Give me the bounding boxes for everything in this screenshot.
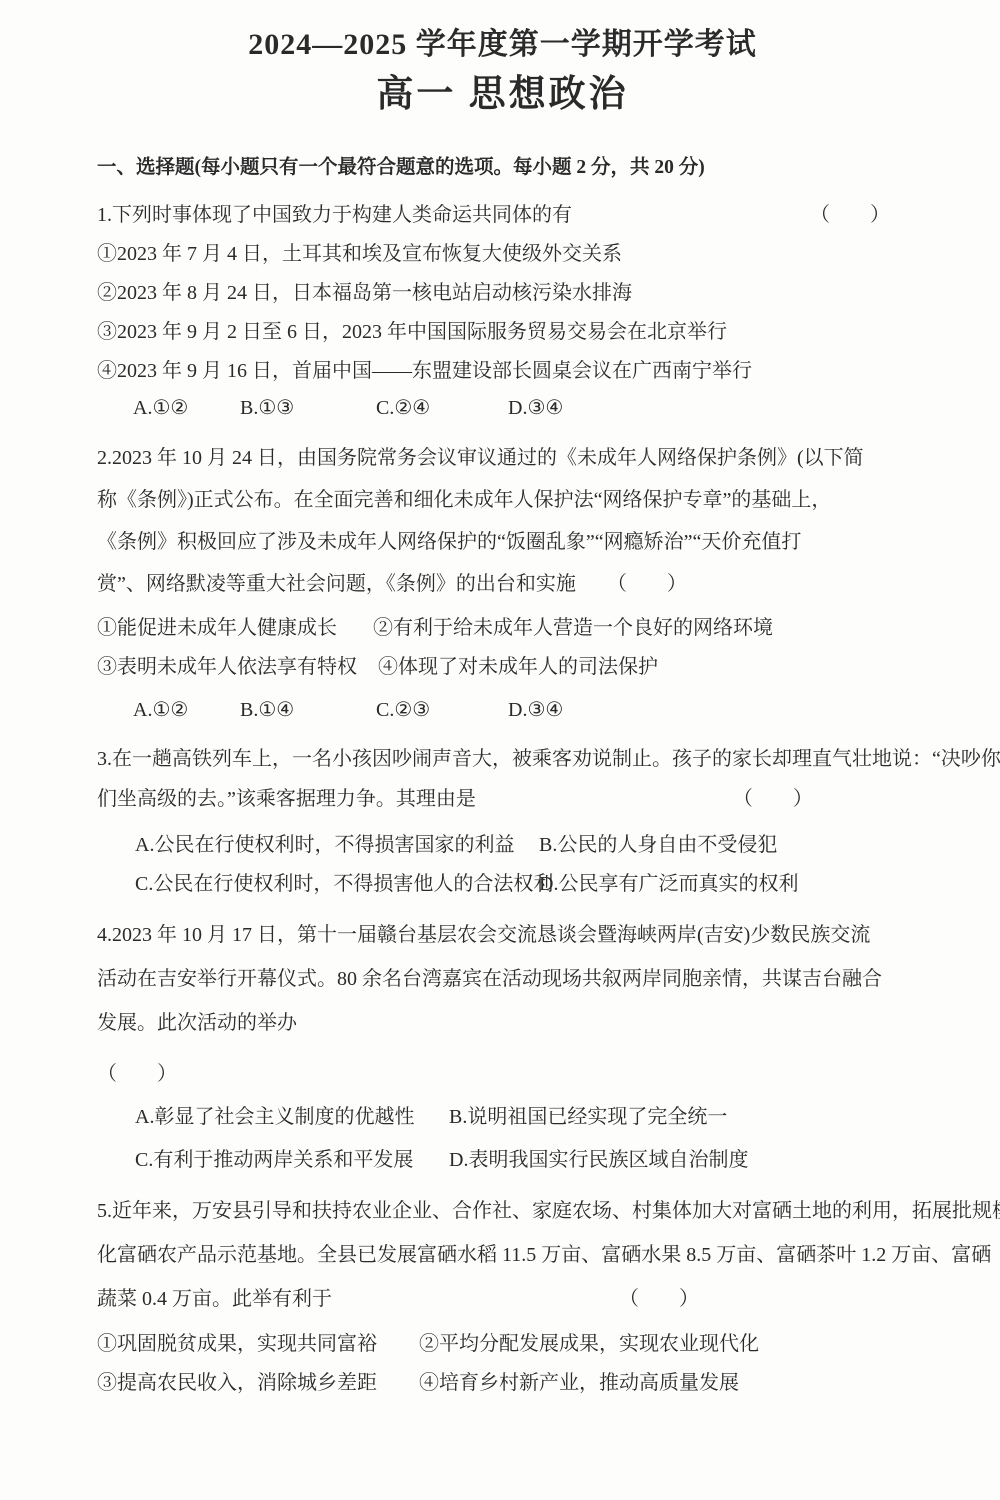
question-4-option-row: A.彰显了社会主义制度的优越性 B.说明祖国已经实现了完全统一 xyxy=(97,1105,908,1130)
answer-blank: （ ） xyxy=(619,1288,699,1310)
stem-line-text: 们坐高级的去。”该乘客据理力争。其理由是 xyxy=(97,788,476,810)
option-b: B.公民的人身自由不受侵犯 xyxy=(539,833,777,858)
sub-item: ④体现了对未成年人的司法保护 xyxy=(378,655,658,680)
question-2-stem: 2.2023 年 10 月 24 日，由国务院常务会议审议通过的《未成年人网络保… xyxy=(97,437,908,605)
option-d: D.③④ xyxy=(508,698,563,723)
question-1-stem: 1.下列时事体现了中国致力于构建人类命运共同体的有 xyxy=(97,202,572,228)
question-3-option-row: C.公民在行使权利时，不得损害他人的合法权利 D.公民享有广泛而真实的权利 xyxy=(97,872,908,897)
question-5-item-row: ①巩固脱贫成果，实现共同富裕 ②平均分配发展成果，实现农业现代化 xyxy=(97,1332,908,1357)
question-1-options: A.①② B.①③ C.②④ D.③④ xyxy=(133,396,908,421)
question-3-option-row: A.公民在行使权利时，不得损害国家的利益 B.公民的人身自由不受侵犯 xyxy=(97,833,908,858)
option-d: D.公民享有广泛而真实的权利 xyxy=(539,872,798,897)
question-2: 2.2023 年 10 月 24 日，由国务院常务会议审议通过的《未成年人网络保… xyxy=(97,437,908,723)
question-3: 3.在一趟高铁列车上，一名小孩因吵闹声音大，被乘客劝说制止。孩子的家长却理直气壮… xyxy=(97,739,908,897)
sub-item: ③表明未成年人依法享有特权 xyxy=(97,655,378,680)
sub-item: ③提高农民收入，消除城乡差距 xyxy=(97,1371,419,1396)
sub-item: ①巩固脱贫成果，实现共同富裕 xyxy=(97,1332,419,1357)
stem-line: 赏”、网络默凌等重大社会问题，《条例》的出台和实施 （ ） xyxy=(97,563,908,605)
question-2-options: A.①② B.①④ C.②③ D.③④ xyxy=(133,698,908,723)
stem-line: 发展。此次活动的举办 xyxy=(97,1001,908,1045)
question-3-stem: 3.在一趟高铁列车上，一名小孩因吵闹声音大，被乘客劝说制止。孩子的家长却理直气壮… xyxy=(97,739,908,819)
question-5-stem: 5.近年来，万安县引导和扶持农业企业、合作社、家庭农场、村集体加大对富硒土地的利… xyxy=(97,1189,908,1321)
stem-line-text: 蔬菜 0.4 万亩。此举有利于 xyxy=(97,1288,332,1310)
sub-item: ④培育乡村新产业，推动高质量发展 xyxy=(419,1371,739,1396)
stem-line: 活动在吉安举行开幕仪式。80 余名台湾嘉宾在活动现场共叙两岸同胞亲情，共谋吉台融… xyxy=(97,957,908,1001)
option-b: B.①④ xyxy=(240,698,376,723)
question-5: 5.近年来，万安县引导和扶持农业企业、合作社、家庭农场、村集体加大对富硒土地的利… xyxy=(97,1189,908,1396)
answer-blank: （ ） xyxy=(607,573,687,595)
stem-line: 5.近年来，万安县引导和扶持农业企业、合作社、家庭农场、村集体加大对富硒土地的利… xyxy=(97,1189,908,1233)
answer-blank: （ ） xyxy=(733,788,813,810)
question-1-stem-row: 1.下列时事体现了中国致力于构建人类命运共同体的有 （ ） xyxy=(97,202,908,228)
stem-line: 《条例》积极回应了涉及未成年人网络保护的“饭圈乱象”“网瘾矫治”“天价充值打 xyxy=(97,521,908,563)
question-1-item: ④2023 年 9 月 16 日，首届中国——东盟建设部长圆桌会议在广西南宁举行 xyxy=(97,359,908,384)
exam-title: 2024—2025 学年度第一学期开学考试 xyxy=(97,26,908,64)
option-c: C.②③ xyxy=(376,698,508,723)
stem-line: 化富硒农产品示范基地。全县已发展富硒水稻 11.5 万亩、富硒水果 8.5 万亩… xyxy=(97,1233,908,1277)
stem-line-text: 赏”、网络默凌等重大社会问题，《条例》的出台和实施 xyxy=(97,573,576,595)
option-c: C.②④ xyxy=(376,396,508,421)
exam-paper-page: 2024—2025 学年度第一学期开学考试 高一 思想政治 一、选择题(每小题只… xyxy=(0,0,1000,1500)
answer-blank: （ ） xyxy=(810,202,890,228)
stem-line: 蔬菜 0.4 万亩。此举有利于 （ ） xyxy=(97,1277,908,1321)
stem-line: 2.2023 年 10 月 24 日，由国务院常务会议审议通过的《未成年人网络保… xyxy=(97,437,908,479)
question-1-item: ③2023 年 9 月 2 日至 6 日，2023 年中国国际服务贸易交易会在北… xyxy=(97,320,908,345)
option-a: A.公民在行使权利时，不得损害国家的利益 xyxy=(97,833,539,858)
question-2-item-row: ③表明未成年人依法享有特权 ④体现了对未成年人的司法保护 xyxy=(97,655,908,680)
option-c: C.公民在行使权利时，不得损害他人的合法权利 xyxy=(97,872,539,897)
option-a: A.彰显了社会主义制度的优越性 xyxy=(97,1105,449,1130)
option-d: D.表明我国实行民族区域自治制度 xyxy=(449,1148,748,1173)
sub-item: ②平均分配发展成果，实现农业现代化 xyxy=(419,1332,759,1357)
section-header: 一、选择题(每小题只有一个最符合题意的选项。每小题 2 分，共 20 分) xyxy=(97,156,908,180)
stem-line: 4.2023 年 10 月 17 日，第十一届赣台基层农会交流恳谈会暨海峡两岸(… xyxy=(97,913,908,957)
stem-line: 称《条例》)正式公布。在全面完善和细化未成年人保护法“网络保护专章”的基础上， xyxy=(97,479,908,521)
option-a: A.①② xyxy=(133,396,240,421)
question-4: 4.2023 年 10 月 17 日，第十一届赣台基层农会交流恳谈会暨海峡两岸(… xyxy=(97,913,908,1173)
answer-blank: （ ） xyxy=(97,1061,908,1087)
exam-subtitle: 高一 思想政治 xyxy=(97,72,908,118)
question-5-item-row: ③提高农民收入，消除城乡差距 ④培育乡村新产业，推动高质量发展 xyxy=(97,1371,908,1396)
question-4-option-row: C.有利于推动两岸关系和平发展 D.表明我国实行民族区域自治制度 xyxy=(97,1148,908,1173)
question-2-item-row: ①能促进未成年人健康成长 ②有利于给未成年人营造一个良好的网络环境 xyxy=(97,616,908,641)
option-b: B.说明祖国已经实现了完全统一 xyxy=(449,1105,727,1130)
question-4-stem: 4.2023 年 10 月 17 日，第十一届赣台基层农会交流恳谈会暨海峡两岸(… xyxy=(97,913,908,1045)
question-1-item: ①2023 年 7 月 4 日，土耳其和埃及宣布恢复大使级外交关系 xyxy=(97,242,908,267)
sub-item: ①能促进未成年人健康成长 xyxy=(97,616,373,641)
option-c: C.有利于推动两岸关系和平发展 xyxy=(97,1148,449,1173)
sub-item: ②有利于给未成年人营造一个良好的网络环境 xyxy=(373,616,773,641)
stem-line: 们坐高级的去。”该乘客据理力争。其理由是 （ ） xyxy=(97,779,908,819)
stem-line: 3.在一趟高铁列车上，一名小孩因吵闹声音大，被乘客劝说制止。孩子的家长却理直气壮… xyxy=(97,739,908,779)
question-1-item: ②2023 年 8 月 24 日，日本福岛第一核电站启动核污染水排海 xyxy=(97,281,908,306)
option-b: B.①③ xyxy=(240,396,376,421)
option-d: D.③④ xyxy=(508,396,563,421)
question-1: 1.下列时事体现了中国致力于构建人类命运共同体的有 （ ） ①2023 年 7 … xyxy=(97,202,908,421)
option-a: A.①② xyxy=(133,698,240,723)
